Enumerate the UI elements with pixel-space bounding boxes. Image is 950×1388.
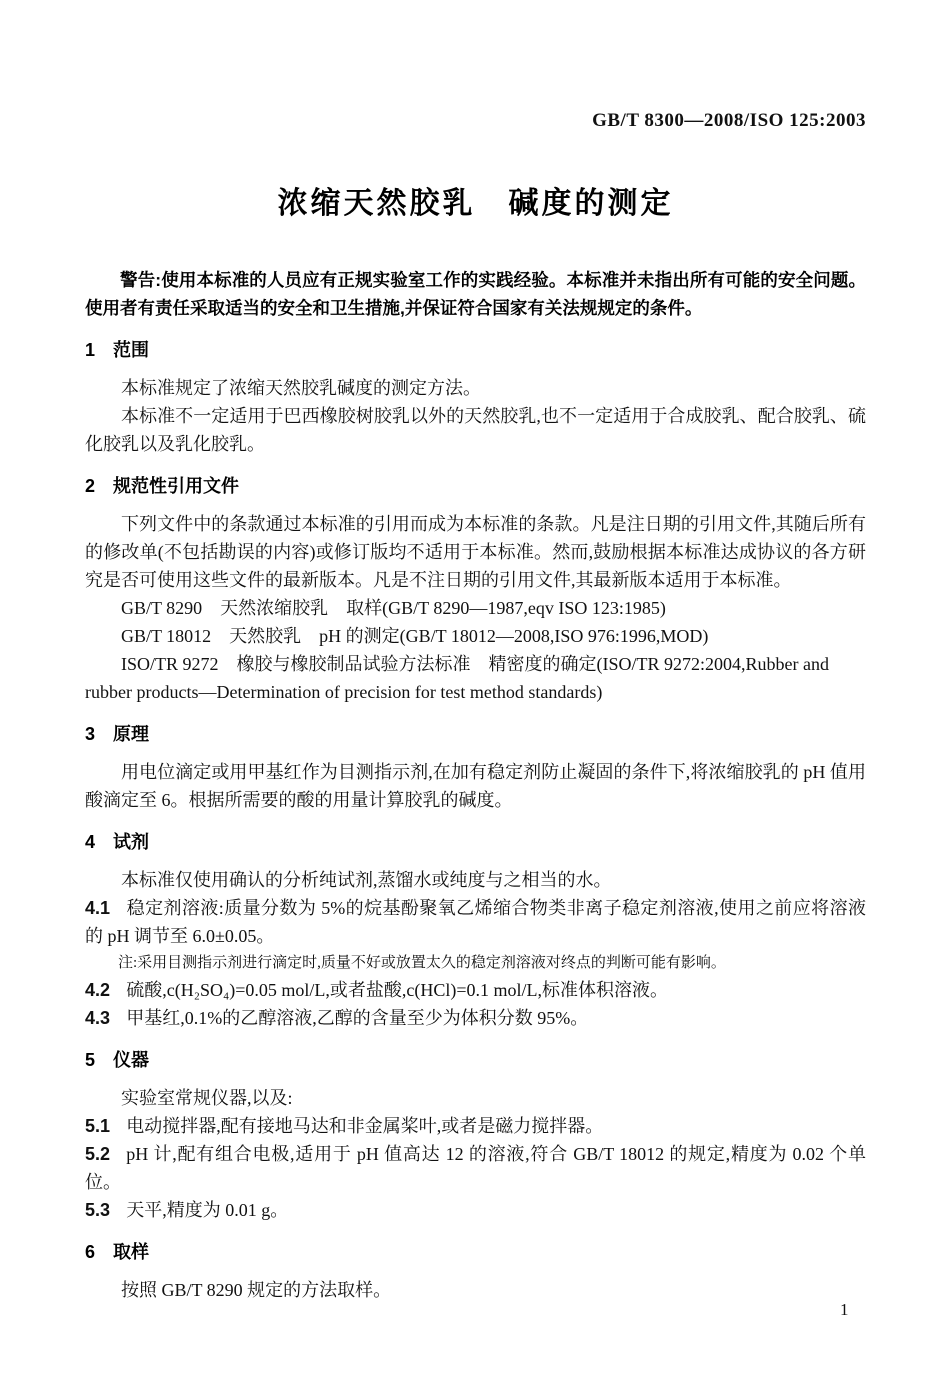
section-3: 3原理用电位滴定或用甲基红作为目测指示剂,在加有稳定剂防止凝固的条件下,将浓缩胶… (85, 720, 866, 814)
clause-text: 稳定剂溶液:质量分数为 5%的烷基酚聚氧乙烯缩合物类非离子稳定剂溶液,使用之前应… (85, 898, 866, 946)
section-number: 2 (85, 476, 95, 496)
section-number: 3 (85, 724, 95, 744)
section-title: 规范性引用文件 (113, 476, 239, 496)
section-title: 原理 (113, 724, 149, 744)
clause-5.2: 5.2pH 计,配有组合电极,适用于 pH 值高达 12 的溶液,符合 GB/T… (85, 1140, 866, 1196)
section-6: 6取样按照 GB/T 8290 规定的方法取样。 (85, 1238, 866, 1304)
section-number: 4 (85, 832, 95, 852)
para-paragraph: 用电位滴定或用甲基红作为目测指示剂,在加有稳定剂防止凝固的条件下,将浓缩胶乳的 … (85, 758, 866, 814)
clause-4.1: 4.1稳定剂溶液:质量分数为 5%的烷基酚聚氧乙烯缩合物类非离子稳定剂溶液,使用… (85, 894, 866, 950)
note-paragraph: 注:采用目测指示剂进行滴定时,质量不好或放置太久的稳定剂溶液对终点的判断可能有影… (85, 950, 866, 976)
clause-number: 5.3 (85, 1200, 110, 1220)
clause-text: 甲基红,0.1%的乙醇溶液,乙醇的含量至少为体积分数 95%。 (126, 1008, 588, 1028)
clause-5.3: 5.3天平,精度为 0.01 g。 (85, 1196, 866, 1224)
section-number: 1 (85, 340, 95, 360)
clause-5.1: 5.1电动搅拌器,配有接地马达和非金属桨叶,或者是磁力搅拌器。 (85, 1112, 866, 1140)
section-heading: 1范围 (85, 336, 866, 364)
clause-4.3: 4.3甲基红,0.1%的乙醇溶液,乙醇的含量至少为体积分数 95%。 (85, 1004, 866, 1032)
clause-4.2: 4.2硫酸,c(H₂SO₄)=0.05 mol/L,或者盐酸,c(HCl)=0.… (85, 976, 866, 1004)
clause-text: 硫酸,c(H₂SO₄)=0.05 mol/L,或者盐酸,c(HCl)=0.1 m… (126, 980, 668, 1000)
section-number: 5 (85, 1050, 95, 1070)
clause-text: pH 计,配有组合电极,适用于 pH 值高达 12 的溶液,符合 GB/T 18… (85, 1144, 866, 1192)
clause-text: 天平,精度为 0.01 g。 (126, 1200, 288, 1220)
para-paragraph: 本标准仅使用确认的分析纯试剂,蒸馏水或纯度与之相当的水。 (85, 866, 866, 894)
para-paragraph: 本标准不一定适用于巴西橡胶树胶乳以外的天然胶乳,也不一定适用于合成胶乳、配合胶乳… (85, 402, 866, 458)
clause-number: 4.1 (85, 898, 110, 918)
clause-number: 4.3 (85, 1008, 110, 1028)
para-paragraph: 实验室常规仪器,以及: (85, 1084, 866, 1112)
section-heading: 2规范性引用文件 (85, 472, 866, 500)
section-4: 4试剂本标准仅使用确认的分析纯试剂,蒸馏水或纯度与之相当的水。4.1稳定剂溶液:… (85, 828, 866, 1032)
section-1: 1范围本标准规定了浓缩天然胶乳碱度的测定方法。本标准不一定适用于巴西橡胶树胶乳以… (85, 336, 866, 458)
section-heading: 5仪器 (85, 1046, 866, 1074)
ref-paragraph: ISO/TR 9272 橡胶与橡胶制品试验方法标准 精密度的确定(ISO/TR … (85, 650, 866, 706)
section-title: 试剂 (113, 832, 149, 852)
section-heading: 6取样 (85, 1238, 866, 1266)
section-heading: 3原理 (85, 720, 866, 748)
document-page: GB/T 8300—2008/ISO 125:2003 浓缩天然胶乳 碱度的测定… (0, 0, 950, 1388)
ref-paragraph: GB/T 8290 天然浓缩胶乳 取样(GB/T 8290—1987,eqv I… (85, 594, 866, 622)
section-title: 范围 (113, 340, 149, 360)
para-paragraph: 本标准规定了浓缩天然胶乳碱度的测定方法。 (85, 374, 866, 402)
section-number: 6 (85, 1242, 95, 1262)
document-body: 1范围本标准规定了浓缩天然胶乳碱度的测定方法。本标准不一定适用于巴西橡胶树胶乳以… (85, 336, 866, 1304)
clause-number: 4.2 (85, 980, 110, 1000)
clause-number: 5.1 (85, 1116, 110, 1136)
para-paragraph: 按照 GB/T 8290 规定的方法取样。 (85, 1276, 866, 1304)
ref-paragraph: GB/T 18012 天然胶乳 pH 的测定(GB/T 18012—2008,I… (85, 622, 866, 650)
clause-number: 5.2 (85, 1144, 110, 1164)
para-paragraph: 下列文件中的条款通过本标准的引用而成为本标准的条款。凡是注日期的引用文件,其随后… (85, 510, 866, 594)
section-heading: 4试剂 (85, 828, 866, 856)
warning-paragraph: 警告:使用本标准的人员应有正规实验室工作的实践经验。本标准并未指出所有可能的安全… (85, 266, 866, 322)
section-5: 5仪器实验室常规仪器,以及:5.1电动搅拌器,配有接地马达和非金属桨叶,或者是磁… (85, 1046, 866, 1224)
clause-text: 电动搅拌器,配有接地马达和非金属桨叶,或者是磁力搅拌器。 (126, 1116, 603, 1136)
section-2: 2规范性引用文件下列文件中的条款通过本标准的引用而成为本标准的条款。凡是注日期的… (85, 472, 866, 706)
page-number: 1 (840, 1298, 849, 1322)
section-title: 取样 (113, 1242, 149, 1262)
document-header: GB/T 8300—2008/ISO 125:2003 (85, 110, 866, 132)
section-title: 仪器 (113, 1050, 149, 1070)
document-title: 浓缩天然胶乳 碱度的测定 (85, 184, 866, 224)
standard-code: GB/T 8300—2008/ISO 125:2003 (592, 110, 866, 131)
